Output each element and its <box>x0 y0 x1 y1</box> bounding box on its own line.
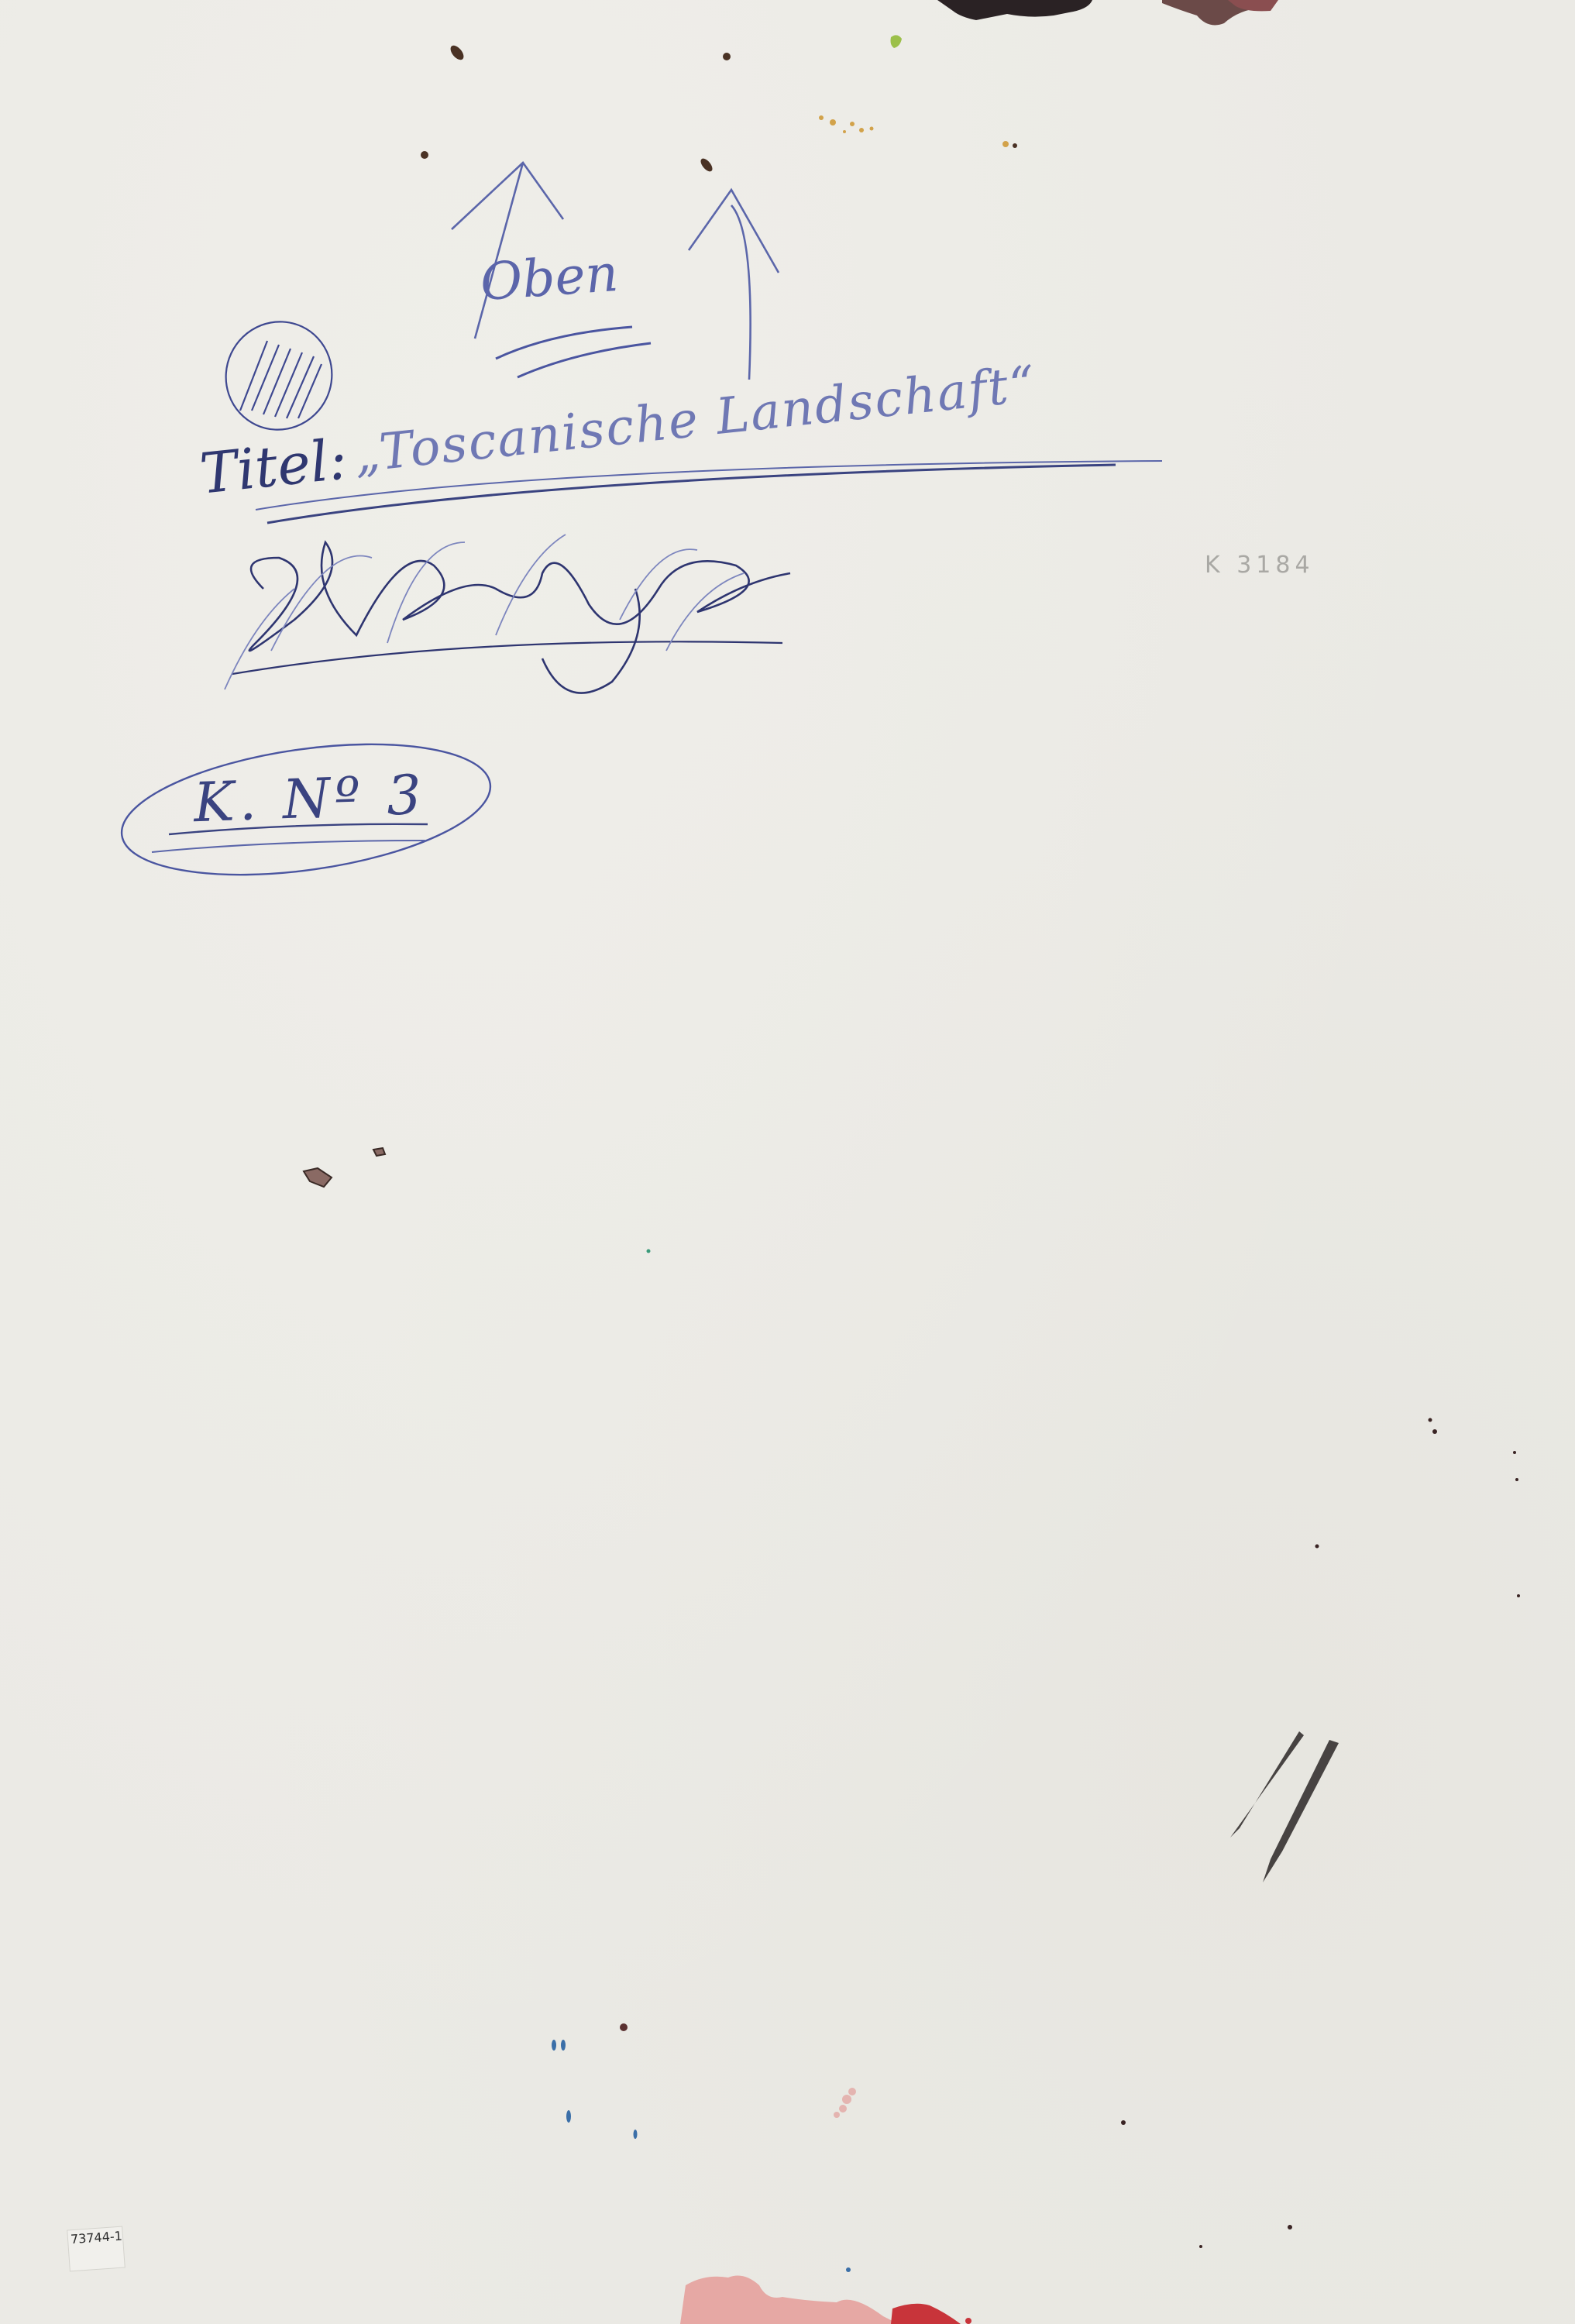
orientation-word: Oben <box>479 243 621 312</box>
sticker-label: 73744-1 <box>67 2226 126 2272</box>
pencil-inventory-number: K 3184 <box>1205 552 1315 579</box>
paper-background <box>0 0 1575 2324</box>
sticker-label-text: 73744-1 <box>70 2229 122 2247</box>
catalogue-number: K. Nº 3 <box>193 763 427 834</box>
